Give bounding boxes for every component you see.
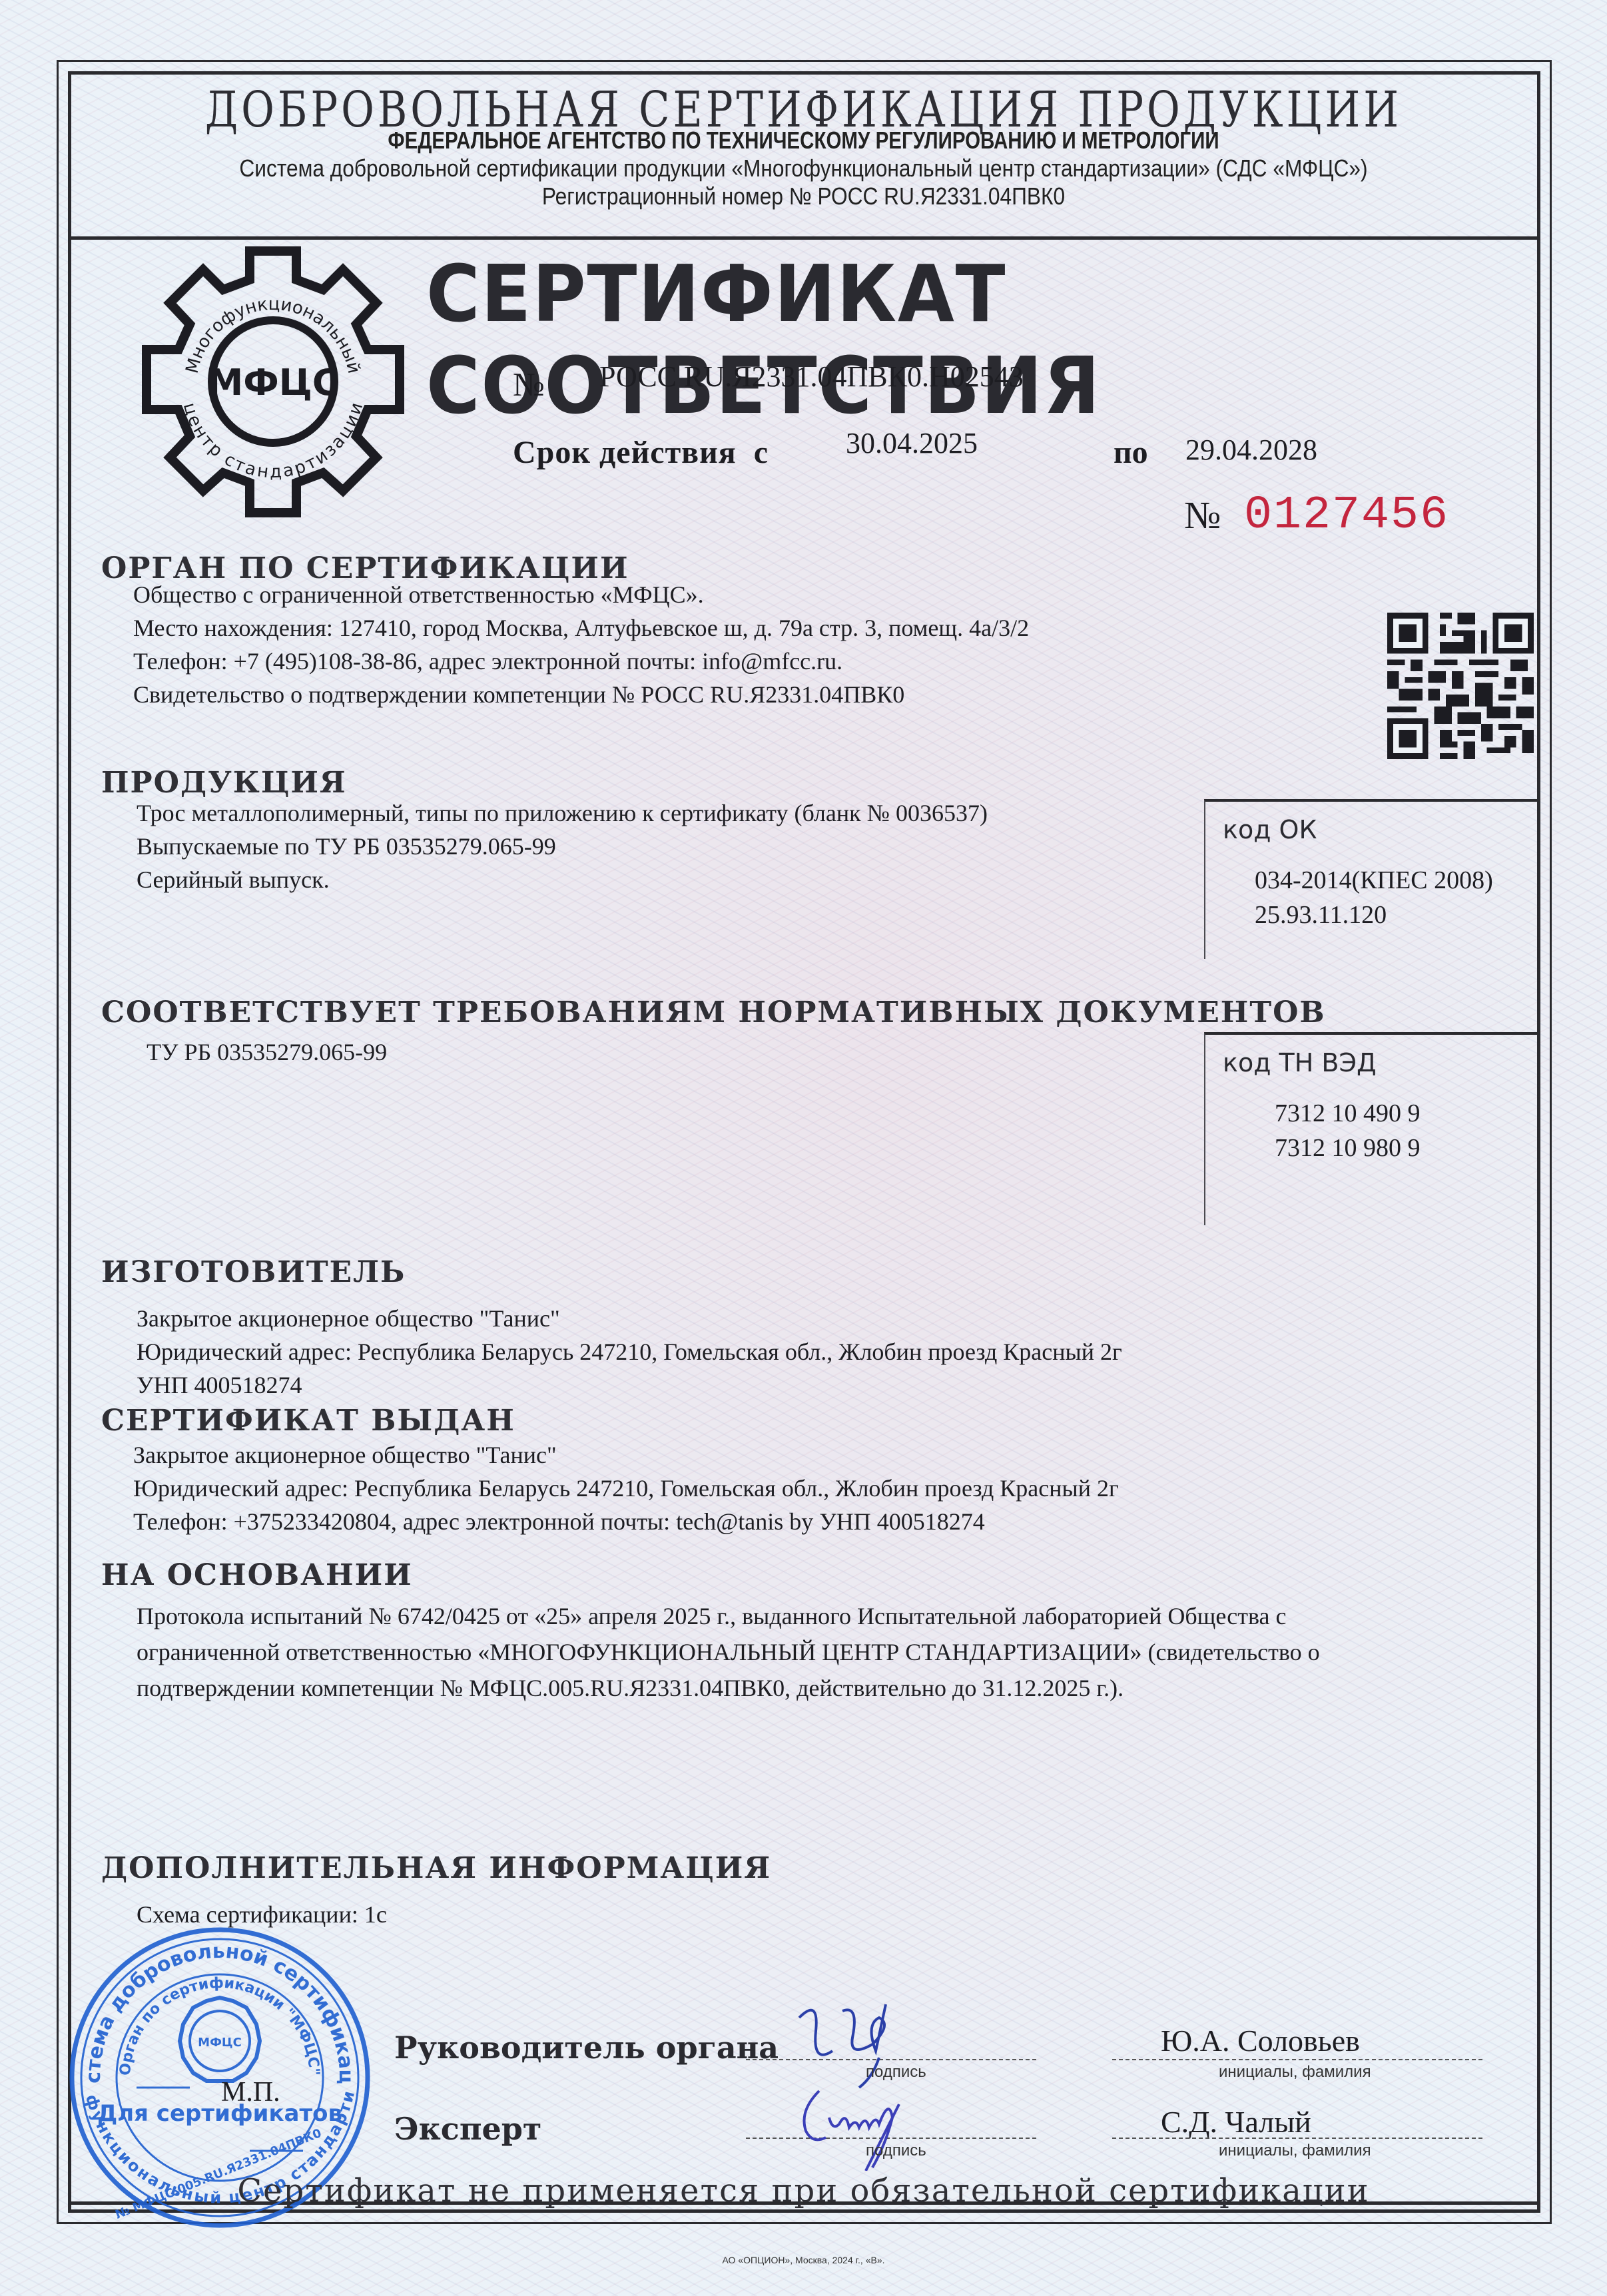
ok-code-line: 034-2014(КПЕС 2008) [1255,863,1538,898]
expert-name-line [1112,2138,1485,2139]
manufacturer-line: УНП 400518274 [137,1368,1122,1402]
svg-text:Орган по сертификации "МФЦС": Орган по сертификации "МФЦС" [117,1975,322,2076]
manufacturer-details: Закрытое акционерное общество "Танис" Юр… [137,1302,1122,1402]
section-heading-product: ПРОДУКЦИЯ [101,766,347,800]
tnved-label: код ТН ВЭД [1223,1048,1538,1077]
section-heading-additional: ДОПОЛНИТЕЛЬНАЯ ИНФОРМАЦИЯ [101,1851,771,1885]
cb-line: Телефон: +7 (495)108-38-86, адрес электр… [133,645,1029,678]
certificate-title: СЕРТИФИКАТ СООТВЕТСТВИЯ [426,248,1524,431]
product-line: Серийный выпуск. [137,863,988,896]
certificate-number: РОСС RU.Я2331.04ПВК0.Н02543 [599,360,1024,394]
section-heading-manufacturer: ИЗГОТОВИТЕЛЬ [101,1255,406,1289]
manufacturer-line: Закрытое акционерное общество "Танис" [137,1302,1122,1335]
issued-to-details: Закрытое акционерное общество "Танис" Юр… [133,1438,1119,1538]
ok-code-label: код ОК [1223,815,1538,844]
qr-code-icon [1387,613,1534,759]
valid-to: 29.04.2028 [1185,433,1317,467]
svg-text:МФЦС: МФЦС [207,362,338,404]
basis-line: ограниченной ответственностью «МНОГОФУНК… [137,1634,1320,1670]
validity-label: Срок действия с [513,434,769,471]
expert-name: С.Д. Чалый [1161,2104,1311,2140]
issued-to-line: Телефон: +375233420804, адрес электронно… [133,1505,1119,1538]
header-reg-number: Регистрационный номер № РОСС RU.Я2331.04… [97,182,1510,210]
basis-line: Протокола испытаний № 6742/0425 от «25» … [137,1598,1320,1634]
cb-line: Место нахождения: 127410, город Москва, … [133,611,1029,645]
header-divider [68,236,1540,240]
expert-signature-caption: подпись [866,2142,926,2160]
tnved-line: 7312 10 490 9 [1275,1096,1538,1131]
stamp-place-label: М.П. [221,2076,280,2108]
product-line: Выпускаемые по ТУ РБ 03535279.065-99 [137,830,988,863]
expert-name-caption: инициалы, фамилия [1219,2142,1371,2160]
conformity-line: ТУ РБ 03535279.065-99 [147,1035,387,1069]
footer-note: Сертификат не применяется при обязательн… [0,2172,1607,2209]
certificate-number-label: № [513,365,545,404]
svg-text:Для сертификатов: Для сертификатов [97,2100,342,2127]
tnved-code-box: код ТН ВЭД 7312 10 490 9 7312 10 980 9 [1204,1032,1538,1225]
conformity-details: ТУ РБ 03535279.065-99 [147,1035,387,1069]
ok-code-line: 25.93.11.120 [1255,898,1538,932]
svg-text:МФЦС: МФЦС [198,2036,242,2050]
manufacturer-line: Юридический адрес: Республика Беларусь 2… [137,1335,1122,1368]
basis-line: подтверждении компетенции № МФЦС.005.RU.… [137,1670,1320,1706]
head-name-caption: инициалы, фамилия [1219,2063,1371,2082]
certification-body-details: Общество с ограниченной ответственностью… [133,578,1029,711]
valid-from: 30.04.2025 [846,426,978,460]
cb-line: Свидетельство о подтверждении компетенци… [133,678,1029,711]
ok-code-values: 034-2014(КПЕС 2008) 25.93.11.120 [1223,863,1538,932]
issued-to-line: Закрытое акционерное общество "Танис" [133,1438,1119,1472]
head-name: Ю.А. Соловьев [1161,2023,1360,2058]
mfcs-logo: МФЦС Многофункциональный центр стандарти… [133,243,413,523]
header-agency: ФЕДЕРАЛЬНОЕ АГЕНТСТВО ПО ТЕХНИЧЕСКОМУ РЕ… [145,127,1462,154]
tnved-values: 7312 10 490 9 7312 10 980 9 [1223,1096,1538,1165]
printer-imprint: АО «ОПЦИОН», Москва, 2024 г., «В». [0,2255,1607,2265]
section-heading-issued-to: СЕРТИФИКАТ ВЫДАН [101,1404,515,1438]
expert-role-label: Эксперт [394,2111,541,2147]
basis-details: Протокола испытаний № 6742/0425 от «25» … [137,1598,1320,1706]
header-system: Система добровольной сертификации продук… [97,154,1510,182]
issued-to-line: Юридический адрес: Республика Беларусь 2… [133,1472,1119,1505]
section-heading-basis: НА ОСНОВАНИИ [101,1558,413,1592]
product-line: Трос металлополимерный, типы по приложен… [137,796,988,830]
product-details: Трос металлополимерный, типы по приложен… [137,796,988,896]
tnved-line: 7312 10 980 9 [1275,1131,1538,1165]
ok-code-box: код ОК 034-2014(КПЕС 2008) 25.93.11.120 [1204,799,1538,959]
gear-logo-icon: МФЦС Многофункциональный центр стандарти… [133,243,413,523]
cb-line: Общество с ограниченной ответственностью… [133,578,1029,611]
serial-label: № [1184,493,1221,537]
section-heading-conformity: СООТВЕТСТВУЕТ ТРЕБОВАНИЯМ НОРМАТИВНЫХ ДО… [101,996,1326,1029]
head-name-line [1112,2059,1485,2060]
valid-to-label: по [1114,434,1148,471]
head-role-label: Руководитель органа [394,2030,779,2066]
serial-number: 0127456 [1244,489,1449,542]
